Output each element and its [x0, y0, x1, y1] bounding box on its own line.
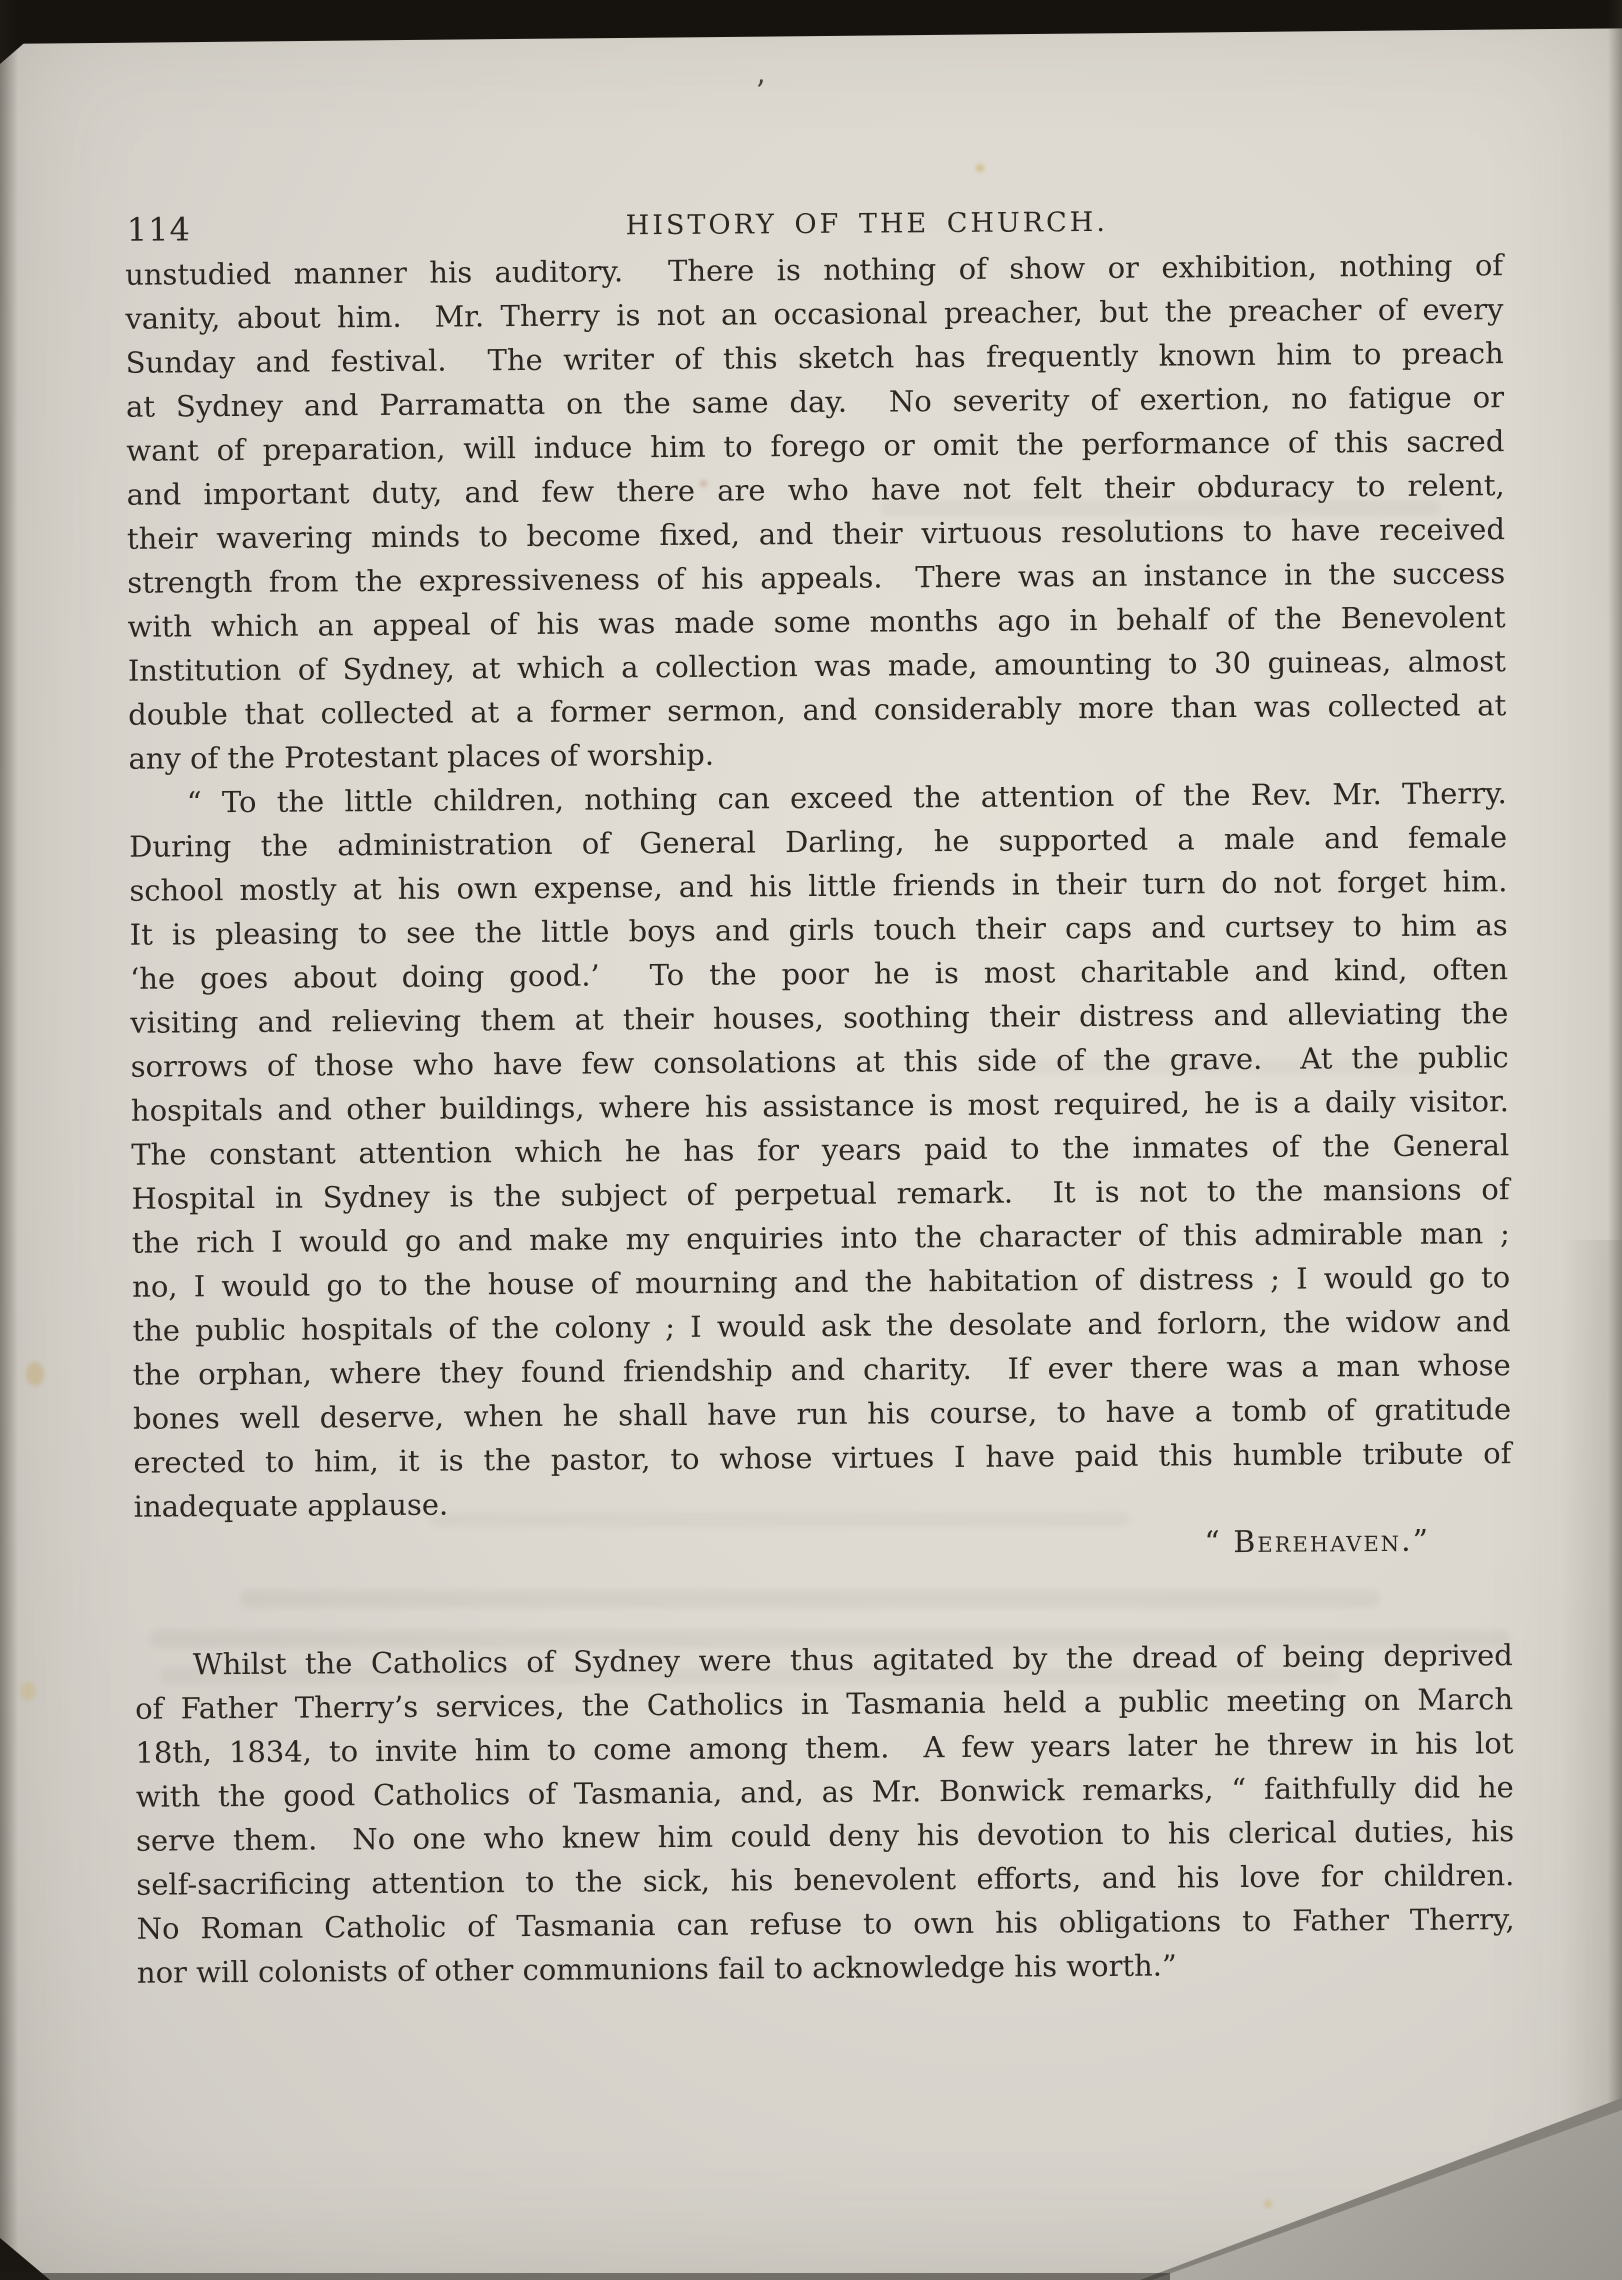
paragraph-3: Whilst the Catholics of Sydney were thus… — [135, 1633, 1515, 1995]
scan-edge-bottom — [0, 2273, 1170, 2280]
running-title: HISTORY OF THE CHURCH. — [626, 207, 1108, 241]
stray-ink-mark: ’ — [756, 74, 766, 109]
page-number: 114 — [127, 210, 191, 248]
paragraph-1: unstudied manner his auditory. There is … — [125, 243, 1507, 781]
paragraph-2-quotation: “ To the little children, nothing can ex… — [129, 771, 1512, 1529]
page-curl-shadow — [1562, 1240, 1622, 2140]
scanned-book-page: 114 HISTORY OF THE CHURCH. ’ unstudied m… — [0, 0, 1622, 2280]
page-edge-shadow-left — [0, 0, 18, 2280]
body-text: unstudied manner his auditory. There is … — [125, 243, 1515, 1995]
text-line: nor will colonists of other communions f… — [137, 1941, 1515, 1995]
page-content: 114 HISTORY OF THE CHURCH. ’ unstudied m… — [0, 0, 1622, 2280]
